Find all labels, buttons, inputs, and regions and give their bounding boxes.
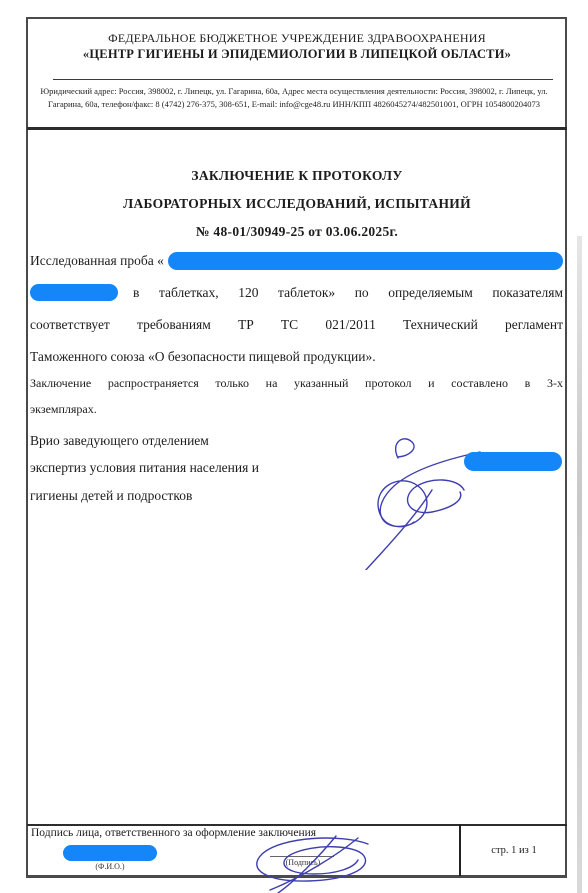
body-note-line-2: экземплярах. — [30, 400, 563, 419]
org-name-line1: ФЕДЕРАЛЬНОЕ БЮДЖЕТНОЕ УЧРЕЖДЕНИЕ ЗДРАВОО… — [27, 31, 567, 46]
header-divider-thick — [27, 127, 567, 130]
body-line-1-text: Исследованная проба « — [30, 251, 164, 270]
redaction-box-signatory-name — [464, 452, 562, 471]
body-line-1: Исследованная проба « — [30, 251, 563, 270]
body-line-2-text: в таблетках, 120 таблеток» по определяем… — [133, 283, 563, 302]
org-name-line2: «ЦЕНТР ГИГИЕНЫ И ЭПИДЕМИОЛОГИИ В ЛИПЕЦКО… — [27, 47, 567, 62]
body-line-4: Таможенного союза «О безопасности пищево… — [30, 347, 563, 366]
page-number: стр. 1 из 1 — [461, 824, 567, 876]
scan-edge-shadow — [577, 236, 582, 893]
signatory-title-line1: Врио заведующего отделением — [30, 433, 390, 449]
fio-caption: (Ф.И.О.) — [63, 862, 157, 871]
handwritten-signature — [352, 430, 482, 570]
doc-title-number: № 48-01/30949-25 от 03.06.2025г. — [27, 224, 567, 240]
body-note-line-1: Заключение распространяется только на ук… — [30, 374, 563, 393]
redaction-box-footer-name — [63, 845, 157, 861]
body-line-2: в таблетках, 120 таблеток» по определяем… — [30, 283, 563, 302]
document-page: ФЕДЕРАЛЬНОЕ БЮДЖЕТНОЕ УЧРЕЖДЕНИЕ ЗДРАВОО… — [0, 0, 588, 893]
signatory-title-line2: экспертиз условия питания населения и — [30, 460, 390, 476]
handwritten-signature-footer — [238, 832, 378, 893]
org-address: Юридический адрес: Россия, 398002, г. Ли… — [36, 85, 552, 111]
header-divider-thin — [53, 79, 553, 80]
redaction-box-sample-name-2 — [30, 284, 118, 301]
redaction-box-sample-name — [168, 252, 563, 270]
body-line-3: соответствует требованиям ТР ТС 021/2011… — [30, 315, 563, 334]
doc-title-line1: ЗАКЛЮЧЕНИЕ К ПРОТОКОЛУ — [27, 168, 567, 184]
signatory-title-line3: гигиены детей и подростков — [30, 488, 390, 504]
doc-title-line2: ЛАБОРАТОРНЫХ ИССЛЕДОВАНИЙ, ИСПЫТАНИЙ — [27, 196, 567, 212]
